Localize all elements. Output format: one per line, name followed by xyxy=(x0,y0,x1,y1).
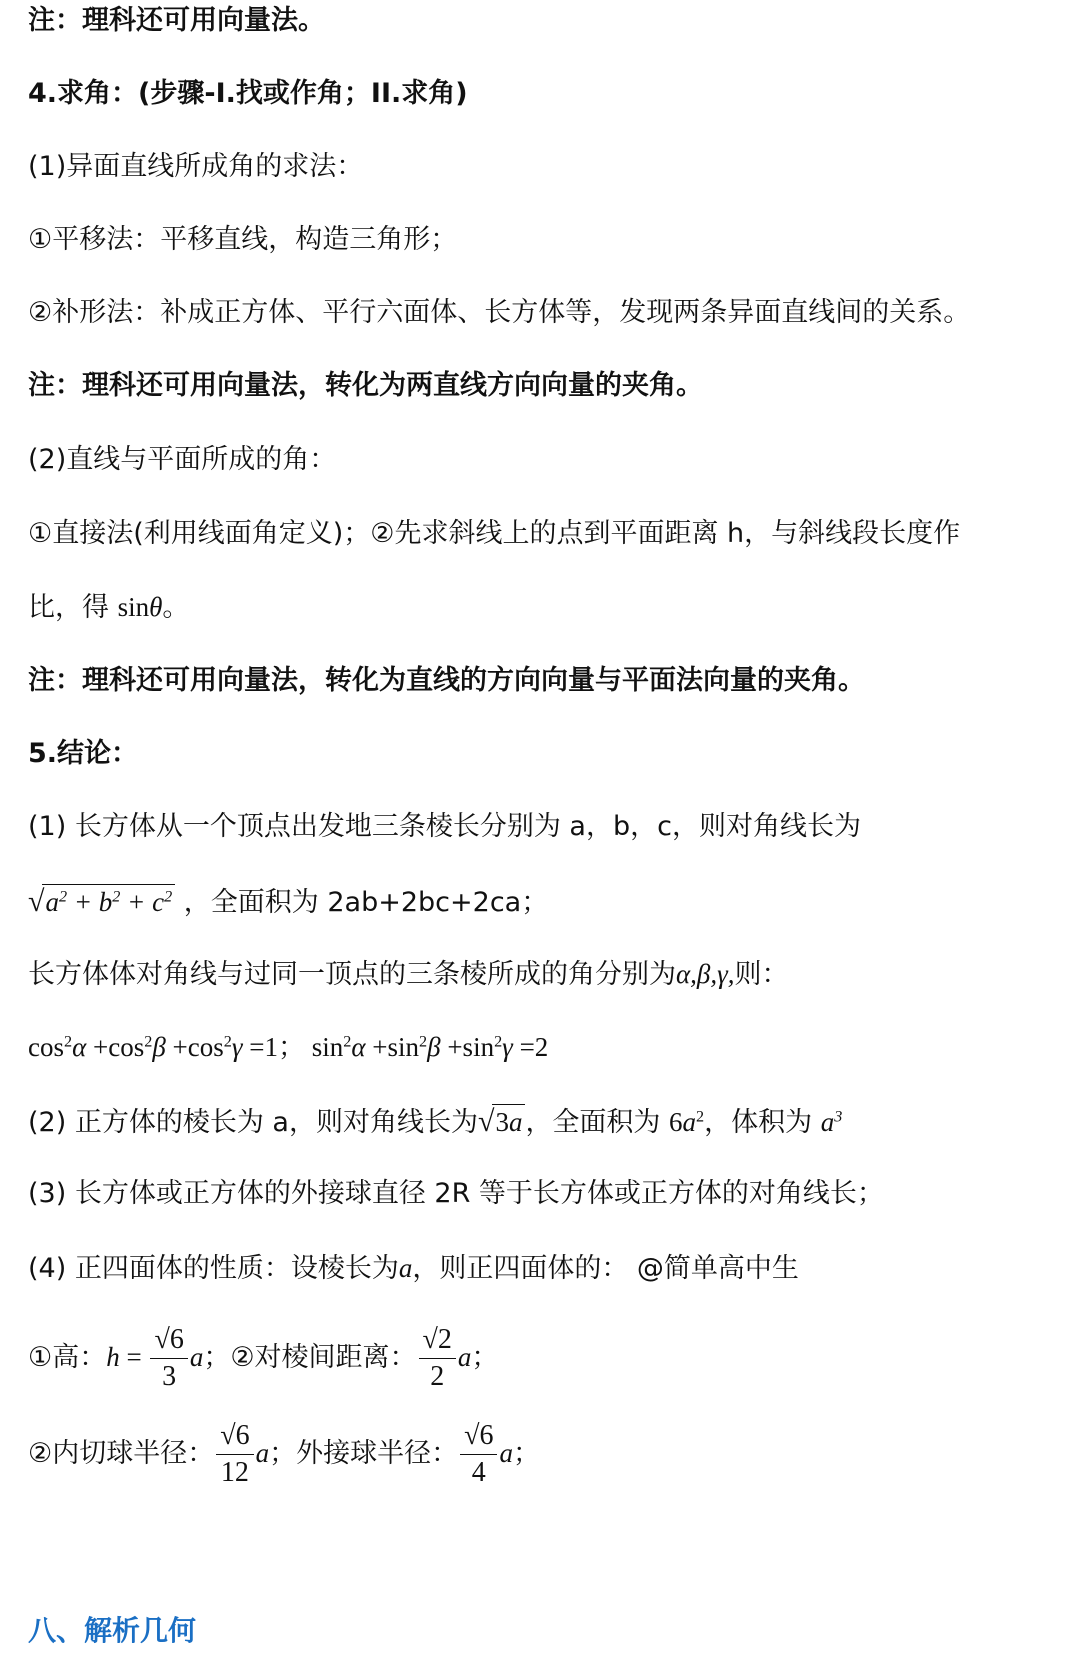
text: (4) 正四面体的性质：设棱长为 xyxy=(28,1253,399,1284)
conclusion-2: (2) 正方体的棱长为 a，则对角线长为√3a，全面积为 6a2，体积为 a3 xyxy=(28,1104,842,1140)
denominator: 3 xyxy=(162,1359,176,1393)
var-a: a xyxy=(256,1438,270,1468)
var-a: a xyxy=(190,1342,204,1372)
text: 。 xyxy=(162,592,189,623)
line-plane-methods-cont: 比，得 sinθ。 xyxy=(28,590,189,625)
text: ①高： xyxy=(28,1342,106,1373)
text: 则： xyxy=(735,959,789,990)
conclusion-1-identity: cos2α +cos2β +cos2γ =1； sin2α +sin2β +si… xyxy=(28,1030,548,1064)
radicand: 3a xyxy=(492,1104,525,1139)
text: (2) 正方体的棱长为 a，则对角线长为 xyxy=(28,1107,478,1138)
denominator: 2 xyxy=(430,1359,444,1393)
conclusion-1-angles: 长方体体对角线与过同一顶点的三条棱所成的角分别为α,β,γ,则： xyxy=(28,957,789,992)
sin-fn: sin xyxy=(118,592,150,622)
denominator: 4 xyxy=(472,1455,486,1489)
fraction-sqrt6-over-12: √612 xyxy=(216,1420,253,1489)
text: ，全面积为 xyxy=(525,1107,669,1138)
conclusion-1-formula: √a2 + b2 + c2 ，全面积为 2ab+2bc+2ca； xyxy=(28,884,548,920)
text: ；外接球半径： xyxy=(269,1438,458,1469)
section-8-heading: 八、解析几何 xyxy=(28,1614,196,1648)
note-normal-vector: 注：理科还可用向量法，转化为直线的方向向量与平面法向量的夹角。 xyxy=(28,664,865,698)
numerator: √2 xyxy=(419,1324,456,1359)
fraction-sqrt6-over-4: √64 xyxy=(460,1420,497,1489)
theta-var: θ xyxy=(149,592,162,622)
var-a: a xyxy=(399,1253,413,1283)
equals: = xyxy=(120,1342,149,1372)
text: ； xyxy=(471,1342,498,1373)
text: ，则正四面体的： @简单高中生 xyxy=(412,1253,799,1284)
numerator: √6 xyxy=(460,1420,497,1455)
cube-area: 6a2 xyxy=(669,1107,704,1137)
fraction-sqrt2-over-2: √22 xyxy=(419,1324,456,1393)
line-plane-title: (2)直线与平面所成的角： xyxy=(28,443,336,477)
var-a: a xyxy=(499,1438,513,1468)
radicand: a2 + b2 + c2 xyxy=(42,884,175,919)
section-4-title-text: 4.求角：(步骤-I.找或作角；II.求角) xyxy=(28,78,468,109)
skew-lines-title: (1)异面直线所成角的求法： xyxy=(28,150,363,184)
conclusion-1: (1) 长方体从一个顶点出发地三条棱长分别为 a，b，c，则对角线长为 xyxy=(28,810,861,844)
tetra-height-line: ①高：h = √63a；②对棱间距离：√22a； xyxy=(28,1322,498,1393)
text: ，体积为 xyxy=(704,1107,821,1138)
text: 比，得 xyxy=(28,592,118,623)
skew-method-completion: ②补形法：补成正方体、平行六面体、长方体等，发现两条异面直线间的关系。 xyxy=(28,296,970,330)
fraction-sqrt6-over-3: √63 xyxy=(150,1324,187,1393)
var-h: h xyxy=(106,1342,120,1372)
section-5-title: 5.结论： xyxy=(28,737,138,771)
skew-method-translation: ①平移法：平移直线，构造三角形； xyxy=(28,223,457,257)
text: 长方体体对角线与过同一顶点的三条棱所成的角分别为 xyxy=(28,959,676,990)
denominator: 12 xyxy=(221,1455,249,1489)
conclusion-3: (3) 长方体或正方体的外接球直径 2R 等于长方体或正方体的对角线长； xyxy=(28,1177,884,1211)
angle-vars: α,β,γ, xyxy=(676,959,735,989)
cube-volume: a3 xyxy=(821,1107,843,1137)
text: ，全面积为 2ab+2bc+2ca； xyxy=(184,887,548,918)
text: ； xyxy=(513,1438,540,1469)
numerator: √6 xyxy=(150,1324,187,1359)
numerator: √6 xyxy=(216,1420,253,1455)
text: ②内切球半径： xyxy=(28,1438,214,1469)
sqrt-3a: √3a xyxy=(478,1104,525,1140)
conclusion-4: (4) 正四面体的性质：设棱长为a，则正四面体的： @简单高中生 xyxy=(28,1251,799,1286)
sqrt-diagonal: √a2 + b2 + c2 xyxy=(28,884,175,920)
note-vector-method: 注：理科还可用向量法。 xyxy=(28,4,325,38)
tetra-radius-line: ②内切球半径：√612a；外接球半径：√64a； xyxy=(28,1418,540,1489)
note-vector-angle: 注：理科还可用向量法，转化为两直线方向向量的夹角。 xyxy=(28,369,703,403)
var-a: a xyxy=(458,1342,472,1372)
line-plane-methods: ①直接法(利用线面角定义)；②先求斜线上的点到平面距离 h，与斜线段长度作 xyxy=(28,517,960,551)
section-4-title: 4.求角：(步骤-I.找或作角；II.求角) xyxy=(28,77,468,111)
text: ；②对棱间距离： xyxy=(203,1342,416,1373)
